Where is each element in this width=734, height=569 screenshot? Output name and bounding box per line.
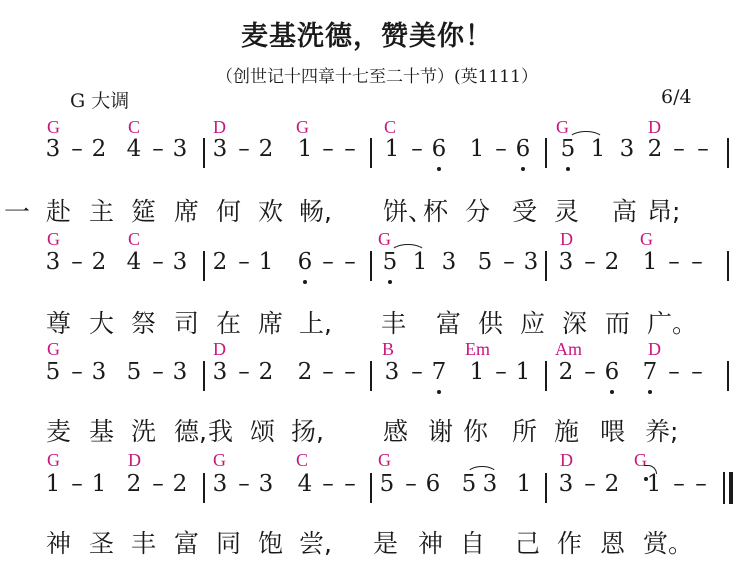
lower-octave-dot [610, 390, 614, 394]
note-number: 3 [557, 249, 575, 275]
duration-dash: – [321, 471, 335, 497]
bar-line [370, 251, 372, 281]
note-number: 2 [603, 249, 621, 275]
lyric-syllable: 施 [554, 412, 579, 448]
lower-octave-dot [303, 280, 307, 284]
note-number: 3 [618, 136, 636, 162]
note-number: 3 [44, 136, 62, 162]
lyric-syllable: 主 [89, 192, 114, 228]
duration-dash: – [690, 249, 704, 275]
chord-symbol: G [47, 229, 60, 250]
time-signature: 6/4 [661, 86, 692, 108]
lyric-syllable: 而 [605, 304, 630, 340]
lyric-syllable: 广。 [647, 304, 697, 340]
duration-dash: – [696, 136, 710, 162]
note-number: 2 [557, 359, 575, 385]
lyric-syllable: 赏。 [643, 524, 693, 560]
chord-symbol: C [296, 450, 308, 471]
lyric-syllable: 作 [557, 524, 582, 560]
chord-symbol: G [640, 229, 653, 250]
chord-symbol: G [47, 450, 60, 471]
note-number: 3 [211, 471, 229, 497]
chord-symbol: D [213, 117, 226, 138]
note-number: 1 [468, 136, 486, 162]
tie-arc [644, 465, 657, 474]
lower-octave-dot [388, 280, 392, 284]
note-number: 1 [514, 359, 532, 385]
duration-dash: – [672, 471, 686, 497]
bar-line [203, 473, 205, 503]
chord-symbol: G [296, 117, 309, 138]
lyric-syllable: 养; [645, 412, 678, 448]
lyric-syllable: 圣 [89, 524, 114, 560]
duration-dash: – [694, 471, 708, 497]
note-number: 4 [296, 471, 314, 497]
bar-line [545, 138, 547, 168]
lyric-syllable: 我 [208, 412, 233, 448]
lyric-syllable: 神 [46, 524, 71, 560]
duration-dash: – [151, 249, 165, 275]
lyric-syllable: 席 [258, 304, 283, 340]
bar-line [370, 361, 372, 391]
chord-symbol: Am [555, 339, 582, 360]
duration-dash: – [237, 249, 251, 275]
note-number: 2 [257, 359, 275, 385]
note-number: 5 [476, 249, 494, 275]
lyric-syllable: 自 [460, 524, 485, 560]
note-number: 1 [468, 359, 486, 385]
lyric-syllable: 丰 [131, 524, 156, 560]
duration-dash: – [321, 359, 335, 385]
chord-symbol: D [128, 450, 141, 471]
note-number: 3 [522, 249, 540, 275]
bar-line [203, 251, 205, 281]
song-title: 麦基洗德，赞美你！ [0, 14, 734, 53]
duration-dash: – [151, 136, 165, 162]
duration-dash: – [343, 136, 357, 162]
note-number: 3 [171, 136, 189, 162]
bar-line [203, 361, 205, 391]
lyric-syllable: 喂 [600, 412, 625, 448]
duration-dash: – [237, 471, 251, 497]
lyric-syllable: 上, [299, 304, 332, 340]
lower-octave-dot [437, 167, 441, 171]
duration-dash: – [667, 359, 681, 385]
chord-symbol: D [560, 450, 573, 471]
note-number: 2 [646, 136, 664, 162]
note-number: 1 [257, 249, 275, 275]
slur-arc [568, 131, 604, 140]
chord-symbol: C [384, 117, 396, 138]
note-number: 5 [44, 359, 62, 385]
lyric-syllable: 感 [383, 412, 408, 448]
lyric-syllable: 受 [512, 192, 537, 228]
duration-dash: – [583, 359, 597, 385]
lyric-syllable: 应 [520, 304, 545, 340]
lyric-syllable: 己 [515, 524, 540, 560]
lyric-syllable: 富 [174, 524, 199, 560]
lyric-syllable: 基 [89, 412, 114, 448]
lyric-syllable: 席 [174, 192, 199, 228]
chord-symbol: G [378, 450, 391, 471]
scripture-reference: （创世记十四章十七至二十节）(英1111） [0, 62, 734, 87]
duration-dash: – [151, 359, 165, 385]
slur-arc [390, 244, 426, 253]
bar-line [370, 473, 372, 503]
duration-dash: – [494, 359, 508, 385]
note-number: 3 [440, 249, 458, 275]
lyric-syllable: 供 [478, 304, 503, 340]
duration-dash: – [404, 471, 418, 497]
slur-arc [466, 466, 498, 475]
note-number: 5 [125, 359, 143, 385]
note-number: 6 [424, 471, 442, 497]
chord-symbol: G [47, 339, 60, 360]
lyric-syllable: 司 [174, 304, 199, 340]
lyric-syllable: 尝, [299, 524, 332, 560]
duration-dash: – [410, 359, 424, 385]
duration-dash: – [70, 359, 84, 385]
lyric-syllable: 赴 [46, 192, 71, 228]
note-number: 5 [378, 471, 396, 497]
chord-symbol: C [128, 229, 140, 250]
duration-dash: – [321, 249, 335, 275]
lyric-syllable: 洗 [131, 412, 156, 448]
bar-line [545, 251, 547, 281]
bar-line [370, 138, 372, 168]
duration-dash: – [410, 136, 424, 162]
note-number: 1 [90, 471, 108, 497]
lyric-syllable: 筵 [131, 192, 156, 228]
chord-symbol: G [213, 450, 226, 471]
chord-symbol: B [382, 339, 394, 360]
lyric-syllable: 同 [216, 524, 241, 560]
note-number: 7 [641, 359, 659, 385]
note-number: 1 [515, 471, 533, 497]
note-number: 4 [125, 249, 143, 275]
lyric-syllable: 杯 [423, 192, 448, 228]
note-number: 6 [603, 359, 621, 385]
note-number: 2 [171, 471, 189, 497]
lyric-syllable: 祭 [131, 304, 156, 340]
staccato-dot [644, 477, 648, 481]
note-number: 6 [296, 249, 314, 275]
note-number: 7 [430, 359, 448, 385]
duration-dash: – [343, 359, 357, 385]
duration-dash: – [690, 359, 704, 385]
duration-dash: – [70, 471, 84, 497]
lower-octave-dot [437, 390, 441, 394]
lower-octave-dot [566, 167, 570, 171]
note-number: 2 [211, 249, 229, 275]
note-number: 3 [211, 136, 229, 162]
chord-symbol: D [648, 339, 661, 360]
note-number: 6 [514, 136, 532, 162]
lower-octave-dot [648, 390, 652, 394]
note-number: 3 [171, 359, 189, 385]
lyric-syllable: 欢 [258, 192, 283, 228]
lyric-syllable: 饱 [258, 524, 283, 560]
duration-dash: – [672, 136, 686, 162]
bar-line [727, 251, 729, 281]
note-number: 4 [125, 136, 143, 162]
note-number: 2 [90, 136, 108, 162]
chord-symbol: D [213, 339, 226, 360]
lyric-syllable: 灵 [554, 192, 579, 228]
lyric-syllable: 富 [436, 304, 461, 340]
duration-dash: – [237, 136, 251, 162]
note-number: 2 [603, 471, 621, 497]
note-number: 3 [44, 249, 62, 275]
final-bar-thin [723, 472, 725, 504]
chord-symbol: D [560, 229, 573, 250]
bar-line [727, 138, 729, 168]
lyric-syllable: 高 [612, 192, 637, 228]
lyric-syllable: 扬, [291, 412, 324, 448]
chord-symbol: G [47, 117, 60, 138]
note-number: 3 [383, 359, 401, 385]
chord-symbol: D [648, 117, 661, 138]
note-number: 1 [44, 471, 62, 497]
duration-dash: – [343, 249, 357, 275]
chord-symbol: Em [465, 339, 490, 360]
note-number: 6 [430, 136, 448, 162]
lyric-syllable: 大 [89, 304, 114, 340]
note-number: 1 [641, 249, 659, 275]
lyric-syllable: 在 [216, 304, 241, 340]
chord-symbol: G [378, 229, 391, 250]
lyric-syllable: 丰 [381, 304, 406, 340]
lyric-syllable: 麦 [46, 412, 71, 448]
note-number: 1 [296, 136, 314, 162]
key-signature: G 大调 [70, 86, 129, 113]
duration-dash: – [321, 136, 335, 162]
bar-line [727, 361, 729, 391]
duration-dash: – [237, 359, 251, 385]
lyric-syllable: 深 [562, 304, 587, 340]
note-number: 2 [296, 359, 314, 385]
duration-dash: – [70, 136, 84, 162]
final-bar-thick [729, 472, 733, 504]
lyric-syllable: 昂; [647, 192, 680, 228]
note-number: 2 [90, 249, 108, 275]
chord-symbol: C [128, 117, 140, 138]
note-number: 3 [90, 359, 108, 385]
duration-dash: – [494, 136, 508, 162]
duration-dash: – [667, 249, 681, 275]
lyric-syllable: 恩 [600, 524, 625, 560]
verse-number: 一 [4, 192, 30, 229]
lyric-syllable: 何 [216, 192, 241, 228]
note-number: 2 [125, 471, 143, 497]
duration-dash: – [70, 249, 84, 275]
lyric-syllable: 所 [512, 412, 537, 448]
lower-octave-dot [521, 167, 525, 171]
lyric-syllable: 尊 [46, 304, 71, 340]
duration-dash: – [583, 249, 597, 275]
duration-dash: – [151, 471, 165, 497]
bar-line [203, 138, 205, 168]
lyric-syllable: 神 [418, 524, 443, 560]
note-number: 3 [211, 359, 229, 385]
duration-dash: – [343, 471, 357, 497]
note-number: 3 [171, 249, 189, 275]
note-number: 3 [557, 471, 575, 497]
lyric-syllable: 你 [463, 412, 488, 448]
duration-dash: – [583, 471, 597, 497]
lyric-syllable: 德, [174, 412, 207, 448]
lyric-syllable: 颂 [250, 412, 275, 448]
chord-symbol: G [556, 117, 569, 138]
note-number: 3 [257, 471, 275, 497]
lyric-syllable: 畅, [299, 192, 332, 228]
lyric-syllable: 是 [373, 524, 398, 560]
lyric-syllable: 谢 [428, 412, 453, 448]
lyric-syllable: 分 [465, 192, 490, 228]
note-number: 1 [645, 471, 663, 497]
note-number: 1 [383, 136, 401, 162]
bar-line [545, 473, 547, 503]
note-number: 2 [257, 136, 275, 162]
duration-dash: – [502, 249, 516, 275]
bar-line [545, 361, 547, 391]
